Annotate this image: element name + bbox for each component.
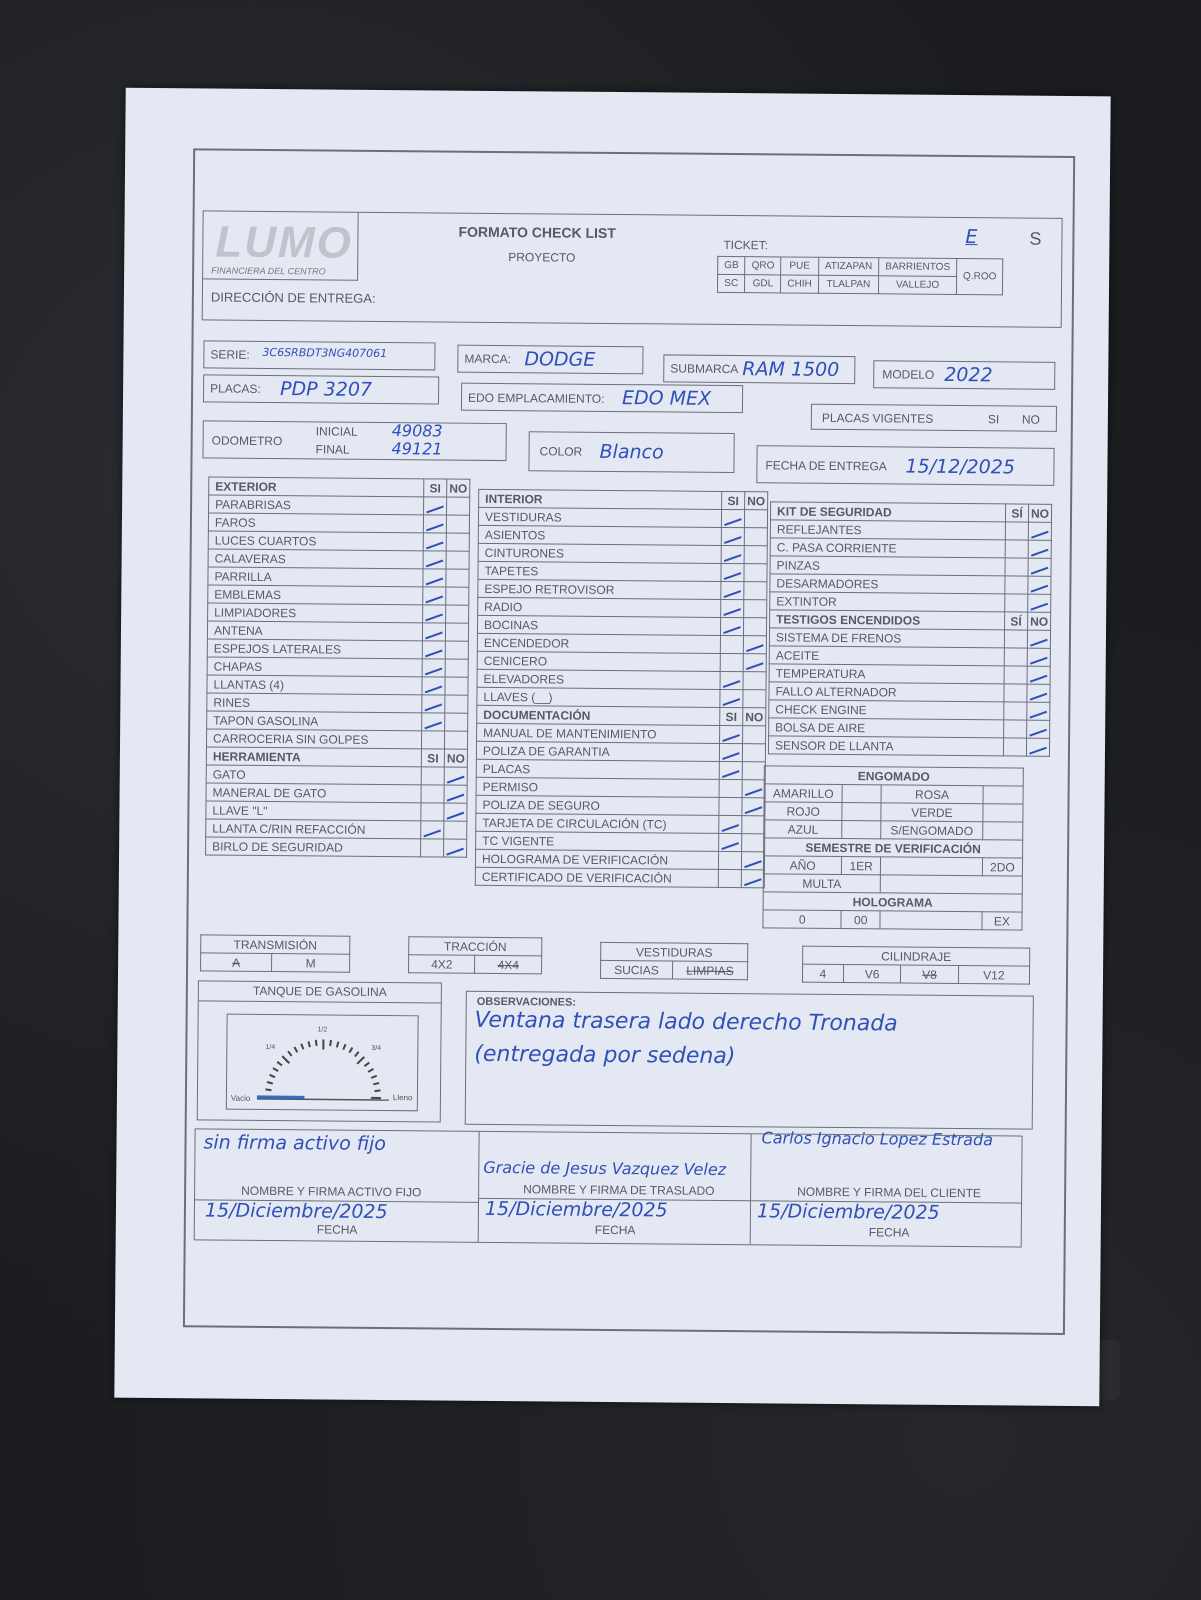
traccion-4x4[interactable]: 4X4 — [475, 955, 542, 974]
placas-vigentes-field: PLACAS VIGENTES SI NO — [811, 404, 1057, 432]
check-no[interactable] — [444, 821, 467, 839]
check-si[interactable] — [1004, 648, 1027, 666]
odometro-field: ODOMETRO INICIAL FINAL 49083 49121 — [203, 420, 507, 461]
check-mark-icon — [723, 626, 741, 634]
item-label: RADIO — [478, 597, 721, 617]
check-no[interactable] — [446, 587, 469, 605]
check-no[interactable] — [742, 834, 765, 852]
item-label: PARABRISAS — [209, 495, 424, 515]
transmision-m[interactable]: M — [272, 954, 350, 973]
check-mark-icon — [424, 721, 442, 729]
check-no[interactable] — [446, 569, 469, 587]
item-label: C. PASA CORRIENTE — [770, 538, 1005, 558]
item-label: PINZAS — [770, 556, 1005, 576]
check-mark-icon — [1030, 692, 1048, 700]
item-label: ESPEJOS LATERALES — [207, 639, 422, 659]
table-row: CHAPAS — [207, 657, 468, 677]
check-no[interactable] — [446, 533, 469, 551]
item-label: TAPETES — [478, 561, 721, 581]
check-si[interactable] — [423, 533, 446, 551]
section-title: KIT DE SEGURIDAD — [770, 502, 1005, 522]
check-si[interactable] — [422, 677, 445, 695]
transmision-title: TRANSMISIÓN — [201, 935, 350, 954]
check-si[interactable] — [421, 839, 444, 857]
check-si[interactable] — [422, 695, 445, 713]
loc-tlalpan[interactable]: TLALPAN — [818, 275, 879, 294]
table-row: CALAVERAS — [208, 549, 469, 569]
table-row: LLANTA C/RIN REFACCIÓN — [206, 819, 467, 839]
fuel-gauge-icon: VacioLleno1/41/23/4 — [227, 1015, 420, 1113]
engomado-rojo[interactable]: ROJO — [764, 802, 843, 821]
placas-value: PDP 3207 — [280, 378, 372, 401]
check-no[interactable] — [742, 762, 765, 780]
check-si[interactable] — [422, 641, 445, 659]
check-no[interactable] — [744, 510, 767, 528]
check-mark-icon — [425, 595, 443, 603]
check-no[interactable] — [1028, 522, 1051, 540]
check-no[interactable] — [446, 551, 469, 569]
logo-subtitle: FINANCIERA DEL CENTRO — [211, 265, 326, 276]
check-mark-icon — [1031, 530, 1049, 538]
check-si[interactable] — [422, 659, 445, 677]
serie-value: 3C6SRBDT3NG407061 — [262, 346, 387, 360]
cilindraje-v8[interactable]: V8 — [901, 965, 959, 984]
section-title: TESTIGOS ENCENDIDOS — [770, 610, 1005, 630]
check-no[interactable] — [744, 600, 767, 618]
semestre-2do[interactable]: 2DO — [982, 858, 1022, 876]
color-label: COLOR — [540, 444, 583, 458]
check-no[interactable] — [1027, 666, 1050, 684]
check-no[interactable] — [743, 636, 766, 654]
check-no[interactable] — [743, 654, 766, 672]
check-si[interactable] — [721, 581, 744, 599]
transmision-table: TRANSMISIÓN AM — [200, 934, 350, 972]
item-label: ACEITE — [769, 646, 1004, 666]
check-no[interactable] — [444, 839, 467, 857]
locations-table: GB QRO PUE ATIZAPAN BARRIENTOS Q.ROO SC … — [717, 256, 1004, 295]
modelo-field[interactable]: MODELO 2022 — [873, 360, 1055, 390]
check-si[interactable] — [421, 767, 444, 785]
check-no[interactable] — [742, 780, 765, 798]
item-label: MANUAL DE MANTENIMIENTO — [477, 723, 720, 743]
item-label: LIMPIADORES — [208, 603, 423, 623]
loc-gb[interactable]: GB — [718, 256, 746, 274]
check-si[interactable] — [719, 743, 742, 761]
loc-chih[interactable]: CHIH — [781, 275, 819, 293]
entry-mark[interactable]: E — [965, 226, 977, 248]
cilindraje-v6[interactable]: V6 — [843, 965, 901, 984]
check-mark-icon — [425, 613, 443, 621]
placas-vigentes-si[interactable]: SI — [988, 412, 999, 426]
check-si[interactable] — [1004, 630, 1027, 648]
check-no[interactable] — [741, 852, 764, 870]
vestiduras-sucias[interactable]: SUCIAS — [600, 960, 672, 979]
check-no[interactable] — [743, 726, 766, 744]
check-si[interactable] — [1003, 738, 1026, 756]
holograma-ex[interactable]: EX — [982, 912, 1022, 930]
check-si[interactable] — [719, 833, 742, 851]
check-no[interactable] — [1028, 558, 1051, 576]
check-no[interactable] — [1028, 540, 1051, 558]
cilindraje-4[interactable]: 4 — [802, 964, 843, 982]
holograma-0[interactable]: 0 — [763, 910, 842, 929]
check-si[interactable] — [1005, 576, 1028, 594]
check-si[interactable] — [1004, 720, 1027, 738]
ticket-label: TICKET: — [723, 238, 768, 252]
check-si[interactable] — [423, 551, 446, 569]
check-mark-icon — [447, 793, 465, 801]
check-si[interactable] — [1004, 684, 1027, 702]
check-no[interactable] — [1028, 576, 1051, 594]
sig-activo[interactable]: sin firma activo fijo NOMBRE Y FIRMA ACT… — [195, 1129, 480, 1241]
fecha-label-2: FECHA — [595, 1223, 636, 1237]
check-mark-icon — [425, 649, 443, 657]
fecha-entrega-label: FECHA DE ENTREGA — [765, 458, 886, 473]
item-label: CHAPAS — [207, 657, 422, 677]
check-si[interactable] — [720, 635, 743, 653]
check-si[interactable] — [422, 713, 445, 731]
placas-vigentes-label: PLACAS VIGENTES — [822, 411, 933, 426]
transmision-a[interactable]: A — [201, 953, 272, 972]
check-mark-icon — [722, 770, 740, 778]
check-si[interactable] — [1005, 594, 1028, 612]
item-label: FALLO ALTERNADOR — [769, 682, 1004, 702]
sig-traslado[interactable]: Gracie de Jesus Vazquez Velez NOMBRE Y F… — [479, 1132, 752, 1244]
sig-cliente[interactable]: Carlos Ignacio Lopez Estrada NOMBRE Y FI… — [751, 1134, 1022, 1246]
traccion-4x2[interactable]: 4X2 — [409, 955, 476, 974]
color-field[interactable]: COLOR Blanco — [528, 431, 734, 473]
serie-field[interactable]: SERIE: 3C6SRBDT3NG407061 — [203, 340, 435, 370]
inicial-label: INICIAL — [316, 424, 358, 438]
sig-activo-fecha: 15/Diciembre/2025 — [205, 1199, 388, 1223]
engomado-table: ENGOMADO AMARILLOROSA ROJOVERDE AZULS/EN… — [762, 765, 1023, 930]
check-no[interactable] — [743, 618, 766, 636]
check-no[interactable] — [445, 713, 468, 731]
check-no[interactable] — [444, 803, 467, 821]
check-si[interactable] — [1004, 666, 1027, 684]
vestiduras-table: VESTIDURAS SUCIASLIMPIAS — [600, 942, 748, 980]
check-no[interactable] — [1027, 630, 1050, 648]
check-si[interactable] — [421, 785, 444, 803]
table-row: RINES — [207, 693, 468, 713]
modelo-label: MODELO — [882, 367, 934, 381]
check-mark-icon — [426, 505, 444, 513]
check-si[interactable] — [721, 509, 744, 527]
check-si[interactable] — [719, 797, 742, 815]
sig-activo-label: NOMBRE Y FIRMA ACTIVO FIJO — [241, 1184, 421, 1200]
check-si[interactable] — [718, 851, 741, 869]
check-si[interactable] — [719, 761, 742, 779]
item-label: VESTIDURAS — [478, 507, 721, 527]
exterior-table: EXTERIORSINOPARABRISASFAROSLUCES CUARTOS… — [205, 476, 470, 857]
item-label: ASIENTOS — [478, 525, 721, 545]
marca-field[interactable]: MARCA: DODGE — [457, 345, 643, 375]
check-no[interactable] — [1026, 738, 1049, 756]
color-value: Blanco — [599, 441, 663, 464]
loc-gdl[interactable]: GDL — [745, 275, 781, 293]
inicial-value[interactable]: 49083 — [392, 421, 443, 440]
check-mark-icon — [722, 734, 740, 742]
placas-vigentes-no[interactable]: NO — [1022, 413, 1040, 427]
table-row: ANTENA — [207, 621, 468, 641]
item-label: PERMISO — [476, 777, 719, 797]
table-row: LLAVE "L" — [206, 801, 467, 821]
observaciones-line2: (entregada por sedena) — [474, 1042, 735, 1069]
item-label: LUCES CUARTOS — [208, 531, 423, 551]
table-row: PARRILLA — [208, 567, 469, 587]
check-mark-icon — [722, 752, 740, 760]
check-si[interactable] — [721, 563, 744, 581]
item-label: ANTENA — [207, 621, 422, 641]
check-mark-icon — [446, 847, 464, 855]
fecha-entrega-field[interactable]: FECHA DE ENTREGA 15/12/2025 — [756, 445, 1054, 486]
check-mark-icon — [723, 680, 741, 688]
item-label: GATO — [206, 765, 421, 785]
table-row: LUCES CUARTOS — [208, 531, 469, 551]
check-si[interactable] — [720, 617, 743, 635]
item-label: HOLOGRAMA DE VERIFICACIÓN — [475, 849, 718, 869]
check-si[interactable] — [721, 527, 744, 545]
sig-traslado-fecha: 15/Diciembre/2025 — [485, 1198, 668, 1222]
loc-barrientos[interactable]: BARRIENTOS — [879, 258, 957, 277]
check-no[interactable] — [1027, 684, 1050, 702]
placas-field[interactable]: PLACAS: PDP 3207 — [203, 374, 439, 404]
check-no[interactable] — [444, 731, 467, 749]
logo-cell: LUMO FINANCIERA DEL CENTRO — [203, 211, 359, 280]
check-no[interactable] — [741, 870, 764, 888]
check-no[interactable] — [445, 677, 468, 695]
check-si[interactable] — [421, 731, 444, 749]
check-si[interactable] — [423, 515, 446, 533]
item-label: CERTIFICADO DE VERIFICACIÓN — [475, 867, 718, 887]
check-si[interactable] — [423, 587, 446, 605]
svg-text:3/4: 3/4 — [371, 1045, 381, 1052]
check-si[interactable] — [719, 779, 742, 797]
check-no[interactable] — [444, 767, 467, 785]
table-row: LLANTAS (4) — [207, 675, 468, 695]
check-mark-icon — [724, 572, 742, 580]
item-label: MANERAL DE GATO — [206, 783, 421, 803]
cilindraje-v12[interactable]: V12 — [958, 966, 1029, 985]
check-si[interactable] — [421, 803, 444, 821]
engomado-verde[interactable]: VERDE — [881, 803, 983, 822]
item-label: LLANTA C/RIN REFACCIÓN — [206, 819, 421, 839]
item-label: ENCENDEDOR — [477, 633, 720, 653]
check-mark-icon — [745, 788, 763, 796]
check-no[interactable] — [447, 497, 470, 515]
check-si[interactable] — [1005, 540, 1028, 558]
check-no[interactable] — [445, 695, 468, 713]
engomado-sin[interactable]: S/ENGOMADO — [881, 821, 983, 840]
check-mark-icon — [746, 644, 764, 652]
observaciones-label: OBSERVACIONES: — [477, 996, 576, 1009]
item-label: SISTEMA DE FRENOS — [769, 628, 1004, 648]
engomado-rosa[interactable]: ROSA — [881, 785, 983, 804]
fecha-label-1: FECHA — [317, 1222, 358, 1236]
svg-text:1/2: 1/2 — [317, 1026, 327, 1033]
fecha-label-3: FECHA — [869, 1225, 910, 1239]
check-mark-icon — [724, 590, 742, 598]
check-mark-icon — [425, 631, 443, 639]
check-no[interactable] — [1028, 594, 1051, 612]
check-mark-icon — [423, 829, 441, 837]
check-mark-icon — [1031, 584, 1049, 592]
marca-value: DODGE — [524, 348, 595, 371]
exit-mark[interactable]: S — [1029, 229, 1041, 250]
check-si[interactable] — [424, 497, 447, 515]
item-label: CALAVERAS — [208, 549, 423, 569]
cilindraje-title: CILINDRAJE — [803, 946, 1030, 966]
semestre-anio: AÑO — [763, 856, 842, 875]
check-mark-icon — [1031, 548, 1049, 556]
check-mark-icon — [723, 608, 741, 616]
check-si[interactable] — [721, 545, 744, 563]
table-row: SENSOR DE LLANTA — [768, 736, 1049, 756]
final-value[interactable]: 49121 — [392, 439, 443, 458]
loc-pue[interactable]: PUE — [781, 257, 819, 275]
section-title: HERRAMIENTA — [206, 747, 421, 767]
loc-vallejo[interactable]: VALLEJO — [879, 276, 957, 295]
serie-label: SERIE: — [210, 347, 249, 361]
check-mark-icon — [721, 842, 739, 850]
check-si[interactable] — [720, 725, 743, 743]
checklist-paper: LUMO FINANCIERA DEL CENTRO FORMATO CHECK… — [114, 88, 1110, 1407]
check-mark-icon — [724, 536, 742, 544]
header-box: LUMO FINANCIERA DEL CENTRO FORMATO CHECK… — [202, 210, 1063, 328]
tanque-box: TANQUE DE GASOLINA VacioLleno1/41/23/4 — [197, 980, 442, 1122]
check-si[interactable] — [720, 671, 743, 689]
kit-table: KIT DE SEGURIDADSÍNOREFLEJANTESC. PASA C… — [768, 501, 1052, 756]
marca-label: MARCA: — [464, 352, 511, 366]
table-row: EMBLEMAS — [208, 585, 469, 605]
sig-traslado-label: NOMBRE Y FIRMA DE TRASLADO — [523, 1182, 715, 1198]
check-no[interactable] — [1027, 702, 1050, 720]
loc-qro[interactable]: QRO — [745, 257, 781, 275]
table-row: FAROS — [208, 513, 469, 533]
check-si[interactable] — [719, 815, 742, 833]
check-no[interactable] — [445, 623, 468, 641]
edo-field[interactable]: EDO EMPLACAMIENTO: EDO MEX — [461, 383, 743, 413]
check-no[interactable] — [446, 515, 469, 533]
table-row: ESPEJOS LATERALES — [207, 639, 468, 659]
sig-cliente-value: Carlos Ignacio Lopez Estrada — [762, 1128, 994, 1149]
loc-qroo[interactable]: Q.ROO — [956, 258, 1003, 294]
check-si[interactable] — [718, 869, 741, 887]
check-si[interactable] — [1005, 522, 1028, 540]
svg-text:Lleno: Lleno — [393, 1093, 413, 1102]
signatures-box: sin firma activo fijo NOMBRE Y FIRMA ACT… — [194, 1128, 1023, 1247]
address-label: DIRECCIÓN DE ENTREGA: — [211, 289, 376, 305]
check-no[interactable] — [744, 546, 767, 564]
engomado-title: ENGOMADO — [764, 766, 1023, 786]
loc-sc[interactable]: SC — [717, 274, 745, 292]
item-label: CINTURONES — [478, 543, 721, 563]
check-si[interactable] — [1004, 702, 1027, 720]
check-no[interactable] — [445, 659, 468, 677]
item-label: LLANTAS (4) — [207, 675, 422, 695]
check-no[interactable] — [444, 785, 467, 803]
cilindraje-table: CILINDRAJE 4V6V8V12 — [802, 946, 1030, 985]
semestre-1er[interactable]: 1ER — [842, 857, 881, 875]
check-no[interactable] — [744, 528, 767, 546]
item-label: BOCINAS — [477, 615, 720, 635]
check-mark-icon — [744, 860, 762, 868]
loc-atizapan[interactable]: ATIZAPAN — [818, 257, 879, 276]
traccion-table: TRACCIÓN 4X24X4 — [408, 936, 542, 974]
check-no[interactable] — [743, 690, 766, 708]
semestre-title: SEMESTRE DE VERIFICACIÓN — [764, 838, 1023, 858]
observaciones-box[interactable]: OBSERVACIONES: Ventana trasera lado dere… — [465, 991, 1034, 1130]
check-mark-icon — [447, 811, 465, 819]
check-no[interactable] — [744, 582, 767, 600]
check-si[interactable] — [421, 821, 444, 839]
check-no[interactable] — [744, 564, 767, 582]
section-title: DOCUMENTACIÓN — [477, 705, 720, 725]
check-si[interactable] — [720, 653, 743, 671]
fuel-gauge[interactable]: VacioLleno1/41/23/4 — [226, 1014, 419, 1112]
check-no[interactable] — [1027, 648, 1050, 666]
multa-label: MULTA — [763, 874, 880, 893]
check-si[interactable] — [423, 605, 446, 623]
check-no[interactable] — [742, 744, 765, 762]
item-label: CHECK ENGINE — [769, 700, 1004, 720]
check-no[interactable] — [743, 672, 766, 690]
check-no[interactable] — [445, 641, 468, 659]
edo-label: EDO EMPLACAMIENTO: — [468, 391, 605, 406]
check-mark-icon — [426, 523, 444, 531]
submarca-field[interactable]: SUBMARCA RAM 1500 — [663, 354, 855, 384]
engomado-azul[interactable]: AZUL — [764, 820, 843, 839]
check-mark-icon — [723, 698, 741, 706]
svg-text:Vacio: Vacio — [231, 1094, 251, 1103]
section-title: INTERIOR — [479, 489, 722, 509]
check-mark-icon — [426, 559, 444, 567]
check-mark-icon — [1031, 566, 1049, 574]
check-no[interactable] — [1027, 720, 1050, 738]
check-mark-icon — [426, 577, 444, 585]
item-label: POLIZA DE GARANTIA — [476, 741, 719, 761]
item-label: BOLSA DE AIRE — [769, 718, 1004, 738]
check-si[interactable] — [423, 569, 446, 587]
item-label: PARRILLA — [208, 567, 423, 587]
check-no[interactable] — [742, 816, 765, 834]
check-no[interactable] — [446, 605, 469, 623]
item-label: FAROS — [208, 513, 423, 533]
check-mark-icon — [1030, 656, 1048, 664]
table-row: PARABRISAS — [209, 495, 470, 515]
observaciones-line1: Ventana trasera lado derecho Tronada — [475, 1008, 898, 1037]
check-si[interactable] — [721, 599, 744, 617]
vestiduras-limpias[interactable]: LIMPIAS — [672, 961, 747, 980]
holograma-00[interactable]: 00 — [841, 911, 880, 929]
check-si[interactable] — [1005, 558, 1028, 576]
check-si[interactable] — [720, 689, 743, 707]
item-label: LLAVES (__) — [477, 687, 720, 707]
engomado-amarillo[interactable]: AMARILLO — [764, 784, 843, 803]
svg-text:1/4: 1/4 — [265, 1044, 275, 1051]
check-mark-icon — [745, 806, 763, 814]
check-mark-icon — [1029, 710, 1047, 718]
project-label: PROYECTO — [508, 250, 575, 265]
table-row: GATO — [206, 765, 467, 785]
check-si[interactable] — [422, 623, 445, 641]
form-title: FORMATO CHECK LIST — [458, 224, 616, 241]
check-no[interactable] — [742, 798, 765, 816]
edo-value: EDO MEX — [622, 387, 711, 410]
item-label: CENICERO — [477, 651, 720, 671]
item-label: POLIZA DE SEGURO — [476, 795, 719, 815]
holograma-title: HOLOGRAMA — [763, 892, 1022, 912]
